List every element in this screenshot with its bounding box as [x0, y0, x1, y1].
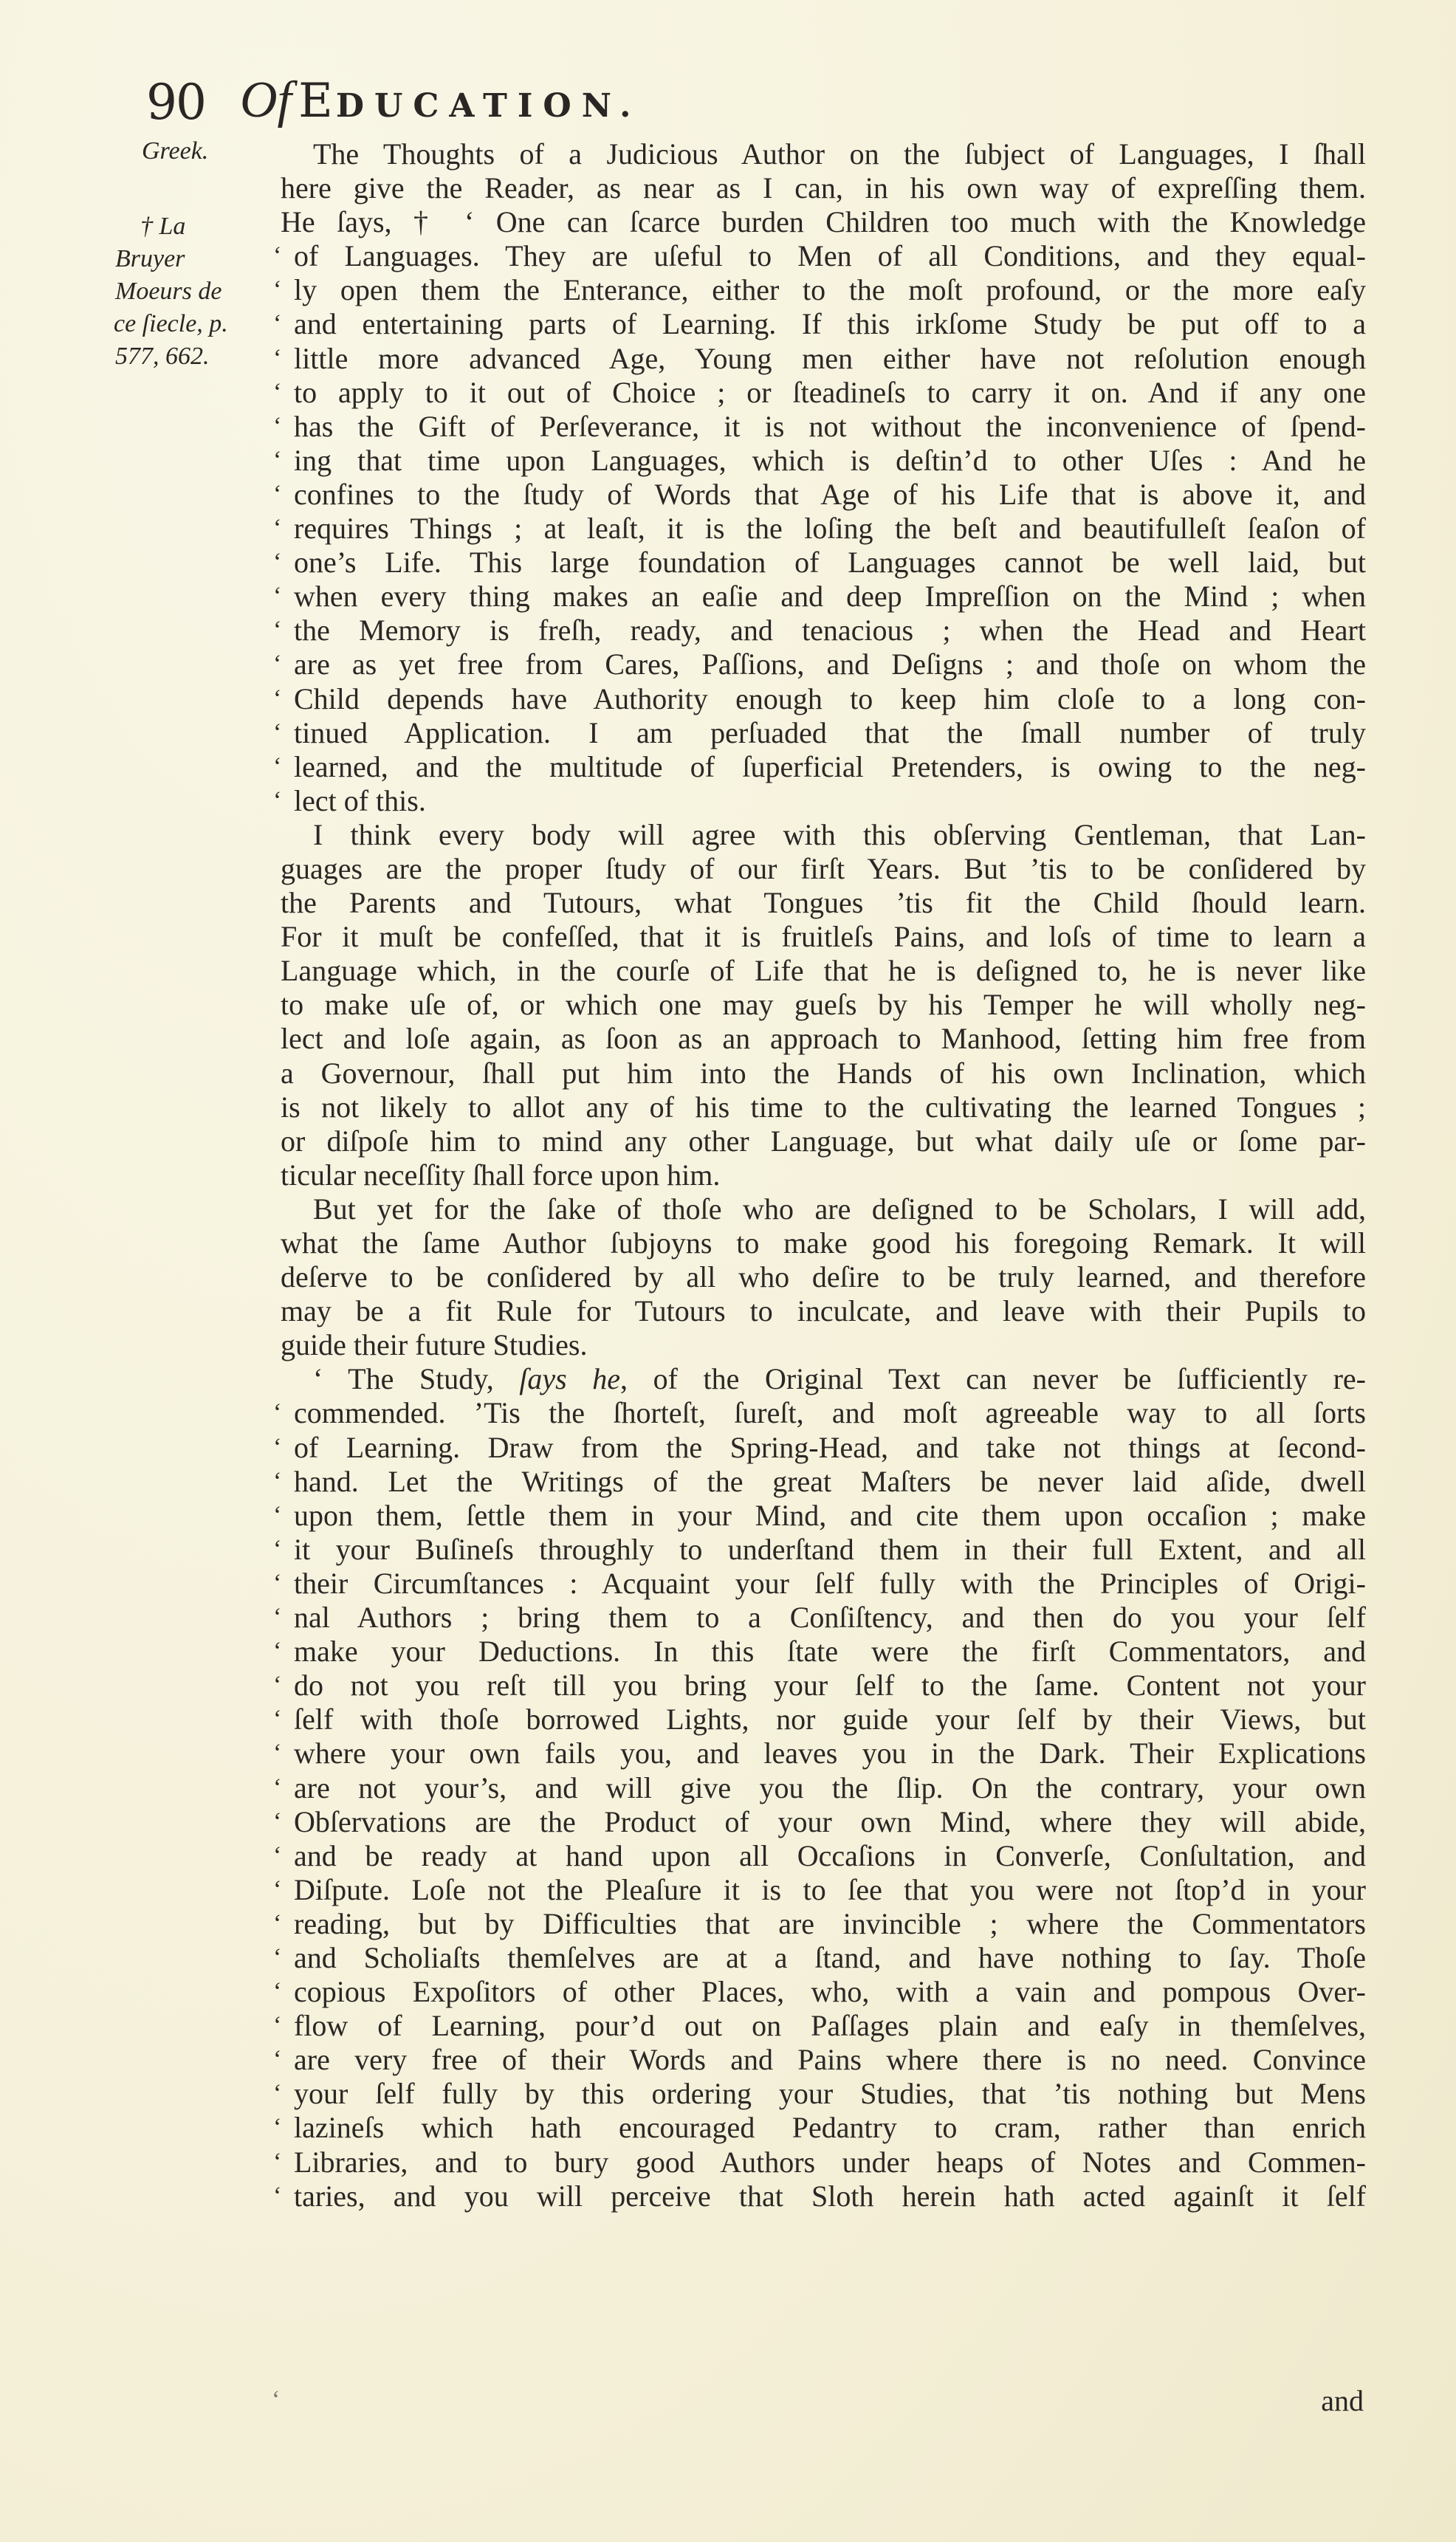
quote-mark: ‘	[273, 1567, 281, 1601]
text-line: ‘where your own fails you, and leaves yo…	[281, 1737, 1366, 1770]
quote-mark: ‘	[273, 647, 281, 681]
text-line: ‘ The Study, ſays he, of the Original Te…	[281, 1362, 1366, 1396]
line-text: Diſpute. Loſe not the Pleaſure it is to …	[294, 1873, 1366, 1907]
text-line: ‘it your Buſineſs throughly to underſtan…	[281, 1533, 1366, 1567]
line-text: make your Deductions. In this ſtate were…	[294, 1635, 1366, 1669]
line-text: one’s Life. This large foundation of Lan…	[294, 546, 1366, 580]
text-line: ‘Libraries, and to bury good Authors und…	[281, 2146, 1366, 2179]
text-line: ‘learned, and the multitude of ſuperfici…	[281, 750, 1366, 784]
text-line: ‘taries, and you will perceive that Slot…	[281, 2179, 1366, 2213]
quote-mark: ‘	[273, 307, 281, 341]
text-line: ‘do not you reſt till you bring your ſel…	[281, 1669, 1366, 1703]
line-text: it your Buſineſs throughly to underſtand…	[294, 1533, 1366, 1567]
quote-mark: ‘	[273, 1805, 281, 1839]
text-line: ‘are not your’s, and will give you the ſ…	[281, 1771, 1366, 1805]
quote-mark: ‘	[273, 2111, 281, 2145]
text-line: or diſpoſe him to mind any other Languag…	[281, 1124, 1366, 1158]
line-text: lect and loſe again, as ſoon as an appro…	[281, 1022, 1366, 1056]
line-text: guages are the proper ſtudy of our firſt…	[281, 852, 1366, 886]
quote-mark: ‘	[273, 614, 281, 647]
text-line: ‘ly open them the Enterance, either to t…	[281, 273, 1366, 307]
line-text: flow of Learning, pour’d out on Paſſages…	[294, 2009, 1366, 2043]
line-text: lazineſs which hath encouraged Pedantry …	[294, 2111, 1366, 2145]
line-text: and Scholiaſts themſelves are at a ſtand…	[294, 1941, 1366, 1975]
catchword: and	[1321, 2383, 1364, 2418]
line-text: ing that time upon Languages, which is d…	[294, 444, 1366, 478]
line-text: what the ſame Author ſubjoyns to make go…	[281, 1226, 1366, 1260]
text-line: ‘Obſervations are the Product of your ow…	[281, 1805, 1366, 1839]
text-line: ‘and entertaining parts of Learning. If …	[281, 307, 1366, 341]
quote-mark: ‘	[273, 1737, 281, 1770]
text-line: ‘commended. ’Tis the ſhorteſt, ſureſt, a…	[281, 1396, 1366, 1430]
quote-mark: ‘	[273, 512, 281, 546]
line-text: little more advanced Age, Young men eith…	[294, 342, 1366, 376]
text-line: guide their future Studies.	[281, 1328, 1366, 1362]
quote-mark: ‘	[273, 546, 281, 580]
quote-mark: ‘	[273, 716, 281, 750]
quote-mark: ‘	[273, 682, 281, 716]
line-text: or diſpoſe him to mind any other Languag…	[281, 1124, 1366, 1158]
quote-mark: ‘	[273, 580, 281, 614]
line-text: to make uſe of, or which one may gueſs b…	[281, 988, 1366, 1022]
quote-mark: ‘	[273, 410, 281, 444]
body-text: The Thoughts of a Judicious Author on th…	[281, 137, 1366, 2213]
text-line: ‘lect of this.	[281, 784, 1366, 818]
text-line: ‘are as yet free from Cares, Paſſions, a…	[281, 647, 1366, 681]
text-line: ‘upon them, ſettle them in your Mind, an…	[281, 1499, 1366, 1533]
text-line: ticular neceſſity ſhall force upon him.	[281, 1158, 1366, 1192]
text-line: the Parents and Tutours, what Tongues ’t…	[281, 886, 1366, 920]
running-head-prefix: Of	[240, 72, 292, 128]
text-line: here give the Reader, as near as I can, …	[281, 171, 1366, 205]
line-text: of Languages. They are uſeful to Men of …	[294, 239, 1366, 273]
line-text: requires Things ; at leaſt, it is the lo…	[294, 512, 1366, 546]
text-line: ‘of Languages. They are uſeful to Men of…	[281, 239, 1366, 273]
quote-mark: ‘	[273, 1499, 281, 1533]
quote-mark: ‘	[273, 1669, 281, 1703]
line-text: commended. ’Tis the ſhorteſt, ſureſt, an…	[294, 1396, 1366, 1430]
text-line: ‘flow of Learning, pour’d out on Paſſage…	[281, 2009, 1366, 2043]
quote-mark: ‘	[273, 1601, 281, 1635]
line-text: confines to the ſtudy of Words that Age …	[294, 478, 1366, 512]
quote-mark: ‘	[273, 1941, 281, 1975]
line-text: has the Gift of Perſeverance, it is not …	[294, 410, 1366, 444]
text-line: guages are the proper ſtudy of our firſt…	[281, 852, 1366, 886]
line-text: copious Expoſitors of other Places, who,…	[294, 1975, 1366, 2009]
quote-mark: ‘	[273, 1873, 281, 1907]
quote-mark: ‘	[273, 1771, 281, 1805]
text-line: He ſays, † ‘ One can ſcarce burden Child…	[281, 205, 1366, 239]
line-text: upon them, ſettle them in your Mind, and…	[294, 1499, 1366, 1533]
quote-mark: ‘	[273, 1635, 281, 1669]
text-line: ‘and Scholiaſts themſelves are at a ſtan…	[281, 1941, 1366, 1975]
text-line: ‘tinued Application. I am perſuaded that…	[281, 716, 1366, 750]
line-text: Child depends have Authority enough to k…	[294, 682, 1366, 716]
text-line: what the ſame Author ſubjoyns to make go…	[281, 1226, 1366, 1260]
text-line: ‘of Learning. Draw from the Spring-Head,…	[281, 1431, 1366, 1465]
line-text: the Parents and Tutours, what Tongues ’t…	[281, 886, 1366, 920]
line-text: are as yet free from Cares, Paſſions, an…	[294, 647, 1366, 681]
text-line: ‘ing that time upon Languages, which is …	[281, 444, 1366, 478]
line-text: and be ready at hand upon all Occaſions …	[294, 1839, 1366, 1873]
margin-note-footnote-line-2: Bruyer	[115, 245, 185, 273]
margin-note-footnote-line-3: Moeurs de	[115, 278, 222, 306]
line-text: learned, and the multitude of ſuperficia…	[294, 750, 1366, 784]
quote-mark: ‘	[273, 1907, 281, 1941]
text-line: ‘Diſpute. Loſe not the Pleaſure it is to…	[281, 1873, 1366, 1907]
quote-mark: ‘	[273, 750, 281, 784]
line-text: hand. Let the Writings of the great Maſt…	[294, 1465, 1366, 1499]
text-line: I think every body will agree with this …	[281, 818, 1366, 852]
text-line: ‘has the Gift of Perſeverance, it is not…	[281, 410, 1366, 444]
line-text: ſelf with thoſe borrowed Lights, nor gui…	[294, 1703, 1366, 1737]
text-line: ‘little more advanced Age, Young men eit…	[281, 342, 1366, 376]
text-line: ‘are very free of their Words and Pains …	[281, 2043, 1366, 2077]
line-text: is not likely to allot any of his time t…	[281, 1090, 1366, 1124]
quote-mark: ‘	[273, 2179, 281, 2213]
line-text: are very free of their Words and Pains w…	[294, 2043, 1366, 2077]
quote-mark: ‘	[273, 239, 281, 273]
margin-note-footnote-dagger: † La	[140, 213, 185, 241]
line-text: here give the Reader, as near as I can, …	[281, 171, 1366, 205]
quote-mark: ‘	[273, 1431, 281, 1465]
quote-mark: ‘	[273, 342, 281, 376]
running-head-initial: E	[298, 74, 336, 128]
line-text: The Thoughts of a Judicious Author on th…	[313, 137, 1366, 171]
quote-mark: ‘	[273, 1839, 281, 1873]
line-text: of Learning. Draw from the Spring-Head, …	[294, 1431, 1366, 1465]
page-number: 90	[146, 74, 205, 131]
quote-mark: ‘	[273, 1703, 281, 1737]
margin-note-footnote-line-4: ce ſiecle, p.	[114, 310, 228, 338]
line-text: your ſelf fully by this ordering your St…	[294, 2077, 1366, 2111]
line-text: guide their future Studies.	[281, 1328, 1366, 1362]
margin-note-greek: Greek.	[142, 137, 208, 165]
text-line: ‘lazineſs which hath encouraged Pedantry…	[281, 2111, 1366, 2145]
text-line: ‘copious Expoſitors of other Places, who…	[281, 1975, 1366, 2009]
quote-mark: ‘	[273, 273, 281, 307]
text-line: to make uſe of, or which one may gueſs b…	[281, 988, 1366, 1022]
text-line: But yet for the ſake of thoſe who are de…	[281, 1192, 1366, 1226]
line-text: and entertaining parts of Learning. If t…	[294, 307, 1366, 341]
line-text: their Circumſtances : Acquaint your ſelf…	[294, 1567, 1366, 1601]
line-text: reading, but by Difficulties that are in…	[294, 1907, 1366, 1941]
line-text: ‘ The Study, ſays he, of the Original Te…	[313, 1362, 1366, 1396]
text-line: ‘requires Things ; at leaſt, it is the l…	[281, 512, 1366, 546]
text-line: ‘one’s Life. This large foundation of La…	[281, 546, 1366, 580]
running-head-rest: DUCATION.	[336, 87, 642, 125]
line-text: For it muſt be confeſſed, that it is fru…	[281, 920, 1366, 954]
catchword-quote-mark: ‘	[272, 2386, 280, 2414]
text-line: ‘make your Deductions. In this ſtate wer…	[281, 1635, 1366, 1669]
quote-mark: ‘	[273, 1465, 281, 1499]
quote-mark: ‘	[273, 376, 281, 410]
line-text: a Governour, ſhall put him into the Hand…	[281, 1057, 1366, 1090]
line-text: Obſervations are the Product of your own…	[294, 1805, 1366, 1839]
line-text: Language which, in the courſe of Life th…	[281, 954, 1366, 988]
text-line: The Thoughts of a Judicious Author on th…	[281, 137, 1366, 171]
text-line: ‘to apply to it out of Choice ; or ſtead…	[281, 376, 1366, 410]
margin-note-footnote-line-5: 577, 662.	[115, 343, 210, 371]
line-text: ly open them the Enterance, either to th…	[294, 273, 1366, 307]
italic-phrase: ſays he	[519, 1362, 620, 1395]
line-text: deſerve to be conſidered by all who deſi…	[281, 1260, 1366, 1294]
line-text: nal Authors ; bring them to a Conſiſtenc…	[294, 1601, 1366, 1635]
line-text: do not you reſt till you bring your ſelf…	[294, 1669, 1366, 1703]
quote-mark: ‘	[273, 1396, 281, 1430]
text-line: For it muſt be confeſſed, that it is fru…	[281, 920, 1366, 954]
text-line: ‘nal Authors ; bring them to a Conſiſten…	[281, 1601, 1366, 1635]
text-line: ‘Child depends have Authority enough to …	[281, 682, 1366, 716]
quote-mark: ‘	[273, 2043, 281, 2077]
text-line: ‘reading, but by Difficulties that are i…	[281, 1907, 1366, 1941]
quote-mark: ‘	[273, 478, 281, 512]
book-page: 90 Of EDUCATION. Greek.† LaBruyerMoeurs …	[0, 0, 1456, 2542]
text-line: Language which, in the courſe of Life th…	[281, 954, 1366, 988]
line-text: Libraries, and to bury good Authors unde…	[294, 2146, 1366, 2179]
line-text: where your own fails you, and leaves you…	[294, 1737, 1366, 1770]
line-text: to apply to it out of Choice ; or ſteadi…	[294, 376, 1366, 410]
text-line: ‘the Memory is freſh, ready, and tenacio…	[281, 614, 1366, 647]
line-text: lect of this.	[294, 784, 1366, 818]
text-line: ‘hand. Let the Writings of the great Maſ…	[281, 1465, 1366, 1499]
line-text: But yet for the ſake of thoſe who are de…	[313, 1192, 1366, 1226]
line-text: when every thing makes an eaſie and deep…	[294, 580, 1366, 614]
text-line: lect and loſe again, as ſoon as an appro…	[281, 1022, 1366, 1056]
quote-mark: ‘	[273, 2077, 281, 2111]
quote-mark: ‘	[273, 2009, 281, 2043]
line-text: may be a fit Rule for Tutours to inculca…	[281, 1294, 1366, 1328]
quote-mark: ‘	[273, 784, 281, 818]
text-line: ‘ſelf with thoſe borrowed Lights, nor gu…	[281, 1703, 1366, 1737]
quote-mark: ‘	[273, 1975, 281, 2009]
quote-mark: ‘	[273, 2146, 281, 2179]
line-text: the Memory is freſh, ready, and tenaciou…	[294, 614, 1366, 647]
text-line: ‘and be ready at hand upon all Occaſions…	[281, 1839, 1366, 1873]
quote-mark: ‘	[273, 444, 281, 478]
line-text: ticular neceſſity ſhall force upon him.	[281, 1158, 1366, 1192]
text-line: deſerve to be conſidered by all who deſi…	[281, 1260, 1366, 1294]
text-line: ‘your ſelf fully by this ordering your S…	[281, 2077, 1366, 2111]
text-line: ‘confines to the ſtudy of Words that Age…	[281, 478, 1366, 512]
quote-mark: ‘	[273, 1533, 281, 1567]
text-line: may be a fit Rule for Tutours to inculca…	[281, 1294, 1366, 1328]
line-text: taries, and you will perceive that Sloth…	[294, 2179, 1366, 2213]
line-text: are not your’s, and will give you the ſl…	[294, 1771, 1366, 1805]
text-line: ‘when every thing makes an eaſie and dee…	[281, 580, 1366, 614]
line-text: tinued Application. I am perſuaded that …	[294, 716, 1366, 750]
running-head: Of EDUCATION.	[240, 71, 641, 130]
text-line: a Governour, ſhall put him into the Hand…	[281, 1057, 1366, 1090]
line-text: I think every body will agree with this …	[313, 818, 1366, 852]
text-line: is not likely to allot any of his time t…	[281, 1090, 1366, 1124]
line-text: He ſays, † ‘ One can ſcarce burden Child…	[281, 205, 1366, 239]
text-line: ‘their Circumſtances : Acquaint your ſel…	[281, 1567, 1366, 1601]
